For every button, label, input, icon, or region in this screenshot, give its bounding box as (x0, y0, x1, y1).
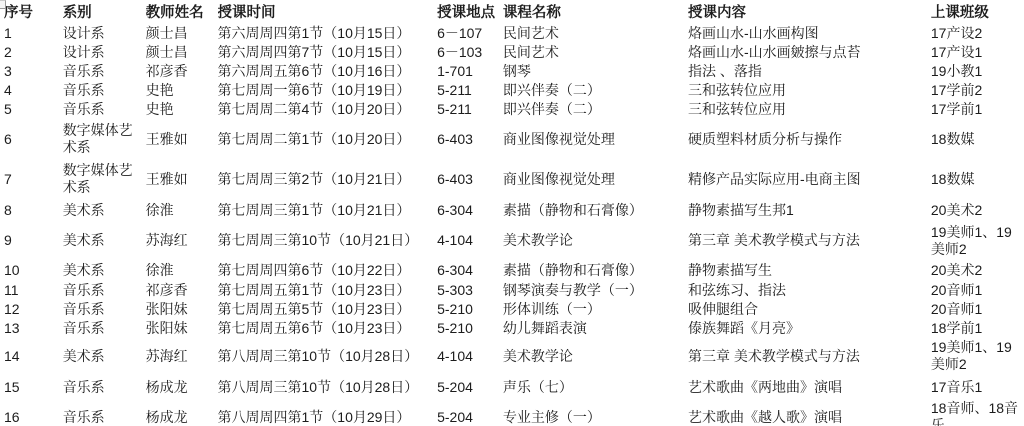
cell-content: 静物素描写生 (688, 259, 931, 281)
cell-seq: 6 (4, 119, 63, 159)
cell-teacher: 祁彦香 (146, 281, 218, 300)
cell-teacher: 苏海红 (146, 338, 218, 374)
cell-seq: 12 (4, 300, 63, 319)
cell-seq: 9 (4, 222, 63, 259)
table-row: 4音乐系史艳第七周周一第6节（10月19日）5-211即兴伴奏（二）三和弦转位应… (4, 81, 1022, 100)
cell-content: 第三章 美术教学模式与方法 (688, 222, 931, 259)
cell-teacher: 徐淮 (146, 199, 218, 222)
cell-teacher: 徐淮 (146, 259, 218, 281)
cell-seq: 2 (4, 43, 63, 62)
cell-dept: 音乐系 (63, 62, 146, 81)
cell-location: 4-104 (437, 338, 503, 374)
cell-class: 20美术2 (931, 259, 1022, 281)
cell-location: 5-210 (437, 300, 503, 319)
cell-class: 19美师1、19美师2 (931, 338, 1022, 374)
course-schedule-table: 序号 系别 教师姓名 授课时间 授课地点 课程名称 授课内容 上课班级 1设计系… (4, 0, 1022, 426)
cell-time: 第七周周二第4节（10月20日） (218, 100, 438, 119)
cell-content: 烙画山水-山水画构图 (688, 24, 931, 43)
cell-location: 6-304 (437, 259, 503, 281)
cell-time: 第七周周五第5节（10月23日） (218, 300, 438, 319)
cell-time: 第六周周四第7节（10月15日） (218, 43, 438, 62)
cell-seq: 3 (4, 62, 63, 81)
cell-dept: 音乐系 (63, 374, 146, 400)
cell-time: 第八周周三第10节（10月28日） (218, 338, 438, 374)
cell-teacher: 颜士昌 (146, 24, 218, 43)
cell-dept: 音乐系 (63, 319, 146, 338)
cell-course: 素描（静物和石膏像） (503, 259, 688, 281)
cell-time: 第七周周三第10节（10月21日） (218, 222, 438, 259)
cell-course: 声乐（七） (503, 374, 688, 400)
cell-class: 18学前1 (931, 319, 1022, 338)
cell-class: 17学前2 (931, 81, 1022, 100)
cell-course: 即兴伴奏（二） (503, 81, 688, 100)
col-header-class: 上课班级 (931, 0, 1022, 24)
table-row: 8美术系徐淮第七周周三第1节（10月21日）6-304素描（静物和石膏像）静物素… (4, 199, 1022, 222)
cell-content: 傣族舞蹈《月亮》 (688, 319, 931, 338)
cell-dept: 音乐系 (63, 81, 146, 100)
cell-content: 硬质塑料材质分析与操作 (688, 119, 931, 159)
cell-dept: 设计系 (63, 43, 146, 62)
cell-class: 20音师1 (931, 300, 1022, 319)
cell-class: 17产设1 (931, 43, 1022, 62)
cell-teacher: 王雅如 (146, 159, 218, 199)
header-row: 序号 系别 教师姓名 授课时间 授课地点 课程名称 授课内容 上课班级 (4, 0, 1022, 24)
cell-content: 静物素描写生邦1 (688, 199, 931, 222)
cell-teacher: 祁彦香 (146, 62, 218, 81)
table-row: 1设计系颜士昌第六周周四第1节（10月15日）6－107民间艺术烙画山水-山水画… (4, 24, 1022, 43)
cell-class: 17音乐1 (931, 374, 1022, 400)
cell-course: 专业主修（一） (503, 400, 688, 426)
cell-location: 6－107 (437, 24, 503, 43)
cell-class: 18数媒 (931, 119, 1022, 159)
table-row: 3音乐系祁彦香第六周周五第6节（10月16日）1-701钢琴指法 、落指19小教… (4, 62, 1022, 81)
cell-dept: 数字媒体艺术系 (63, 159, 146, 199)
cell-dept: 音乐系 (63, 400, 146, 426)
cell-location: 5-211 (437, 100, 503, 119)
cell-dept: 数字媒体艺术系 (63, 119, 146, 159)
cell-seq: 15 (4, 374, 63, 400)
cell-course: 形体训练（一） (503, 300, 688, 319)
table-row: 16音乐系杨成龙第八周周四第1节（10月29日）5-204专业主修（一）艺术歌曲… (4, 400, 1022, 426)
cell-content: 和弦练习、指法 (688, 281, 931, 300)
cell-time: 第八周周三第10节（10月28日） (218, 374, 438, 400)
cell-location: 6－103 (437, 43, 503, 62)
cell-location: 6-403 (437, 119, 503, 159)
col-header-time: 授课时间 (218, 0, 438, 24)
table-row: 10美术系徐淮第七周周四第6节（10月22日）6-304素描（静物和石膏像）静物… (4, 259, 1022, 281)
cell-content: 三和弦转位应用 (688, 81, 931, 100)
cell-course: 钢琴演奏与教学（一） (503, 281, 688, 300)
cell-class: 18数媒 (931, 159, 1022, 199)
cell-content: 烙画山水-山水画皴擦与点苔 (688, 43, 931, 62)
cell-content: 三和弦转位应用 (688, 100, 931, 119)
cell-teacher: 史艳 (146, 81, 218, 100)
cell-time: 第七周周二第1节（10月20日） (218, 119, 438, 159)
cell-seq: 10 (4, 259, 63, 281)
cell-class: 17学前1 (931, 100, 1022, 119)
cell-course: 美术教学论 (503, 222, 688, 259)
table-row: 2设计系颜士昌第六周周四第7节（10月15日）6－103民间艺术烙画山水-山水画… (4, 43, 1022, 62)
cell-content: 吸伸腿组合 (688, 300, 931, 319)
cell-seq: 1 (4, 24, 63, 43)
cell-class: 19美师1、19美师2 (931, 222, 1022, 259)
cell-dept: 美术系 (63, 222, 146, 259)
cell-course: 商业图像视觉处理 (503, 119, 688, 159)
table-row: 7数字媒体艺术系王雅如第七周周三第2节（10月21日）6-403商业图像视觉处理… (4, 159, 1022, 199)
cell-time: 第八周周四第1节（10月29日） (218, 400, 438, 426)
cell-location: 5-204 (437, 374, 503, 400)
cell-time: 第七周周三第2节（10月21日） (218, 159, 438, 199)
cell-class: 20美术2 (931, 199, 1022, 222)
cell-teacher: 颜士昌 (146, 43, 218, 62)
cell-course: 素描（静物和石膏像） (503, 199, 688, 222)
cell-content: 指法 、落指 (688, 62, 931, 81)
cell-time: 第七周周一第6节（10月19日） (218, 81, 438, 100)
cell-location: 1-701 (437, 62, 503, 81)
cell-teacher: 张阳妹 (146, 319, 218, 338)
cell-class: 20音师1 (931, 281, 1022, 300)
table-row: 14美术系苏海红第八周周三第10节（10月28日）4-104美术教学论第三章 美… (4, 338, 1022, 374)
cell-course: 美术教学论 (503, 338, 688, 374)
cell-class: 19小教1 (931, 62, 1022, 81)
cell-location: 5-210 (437, 319, 503, 338)
cell-course: 民间艺术 (503, 24, 688, 43)
col-header-location: 授课地点 (437, 0, 503, 24)
cell-teacher: 杨成龙 (146, 400, 218, 426)
table-row: 13音乐系张阳妹第七周周五第6节（10月23日）5-210幼儿舞蹈表演傣族舞蹈《… (4, 319, 1022, 338)
col-header-dept: 系别 (63, 0, 146, 24)
col-header-content: 授课内容 (688, 0, 931, 24)
table-row: 11音乐系祁彦香第七周周五第1节（10月23日）5-303钢琴演奏与教学（一）和… (4, 281, 1022, 300)
cell-seq: 4 (4, 81, 63, 100)
broken-image-icon (0, 0, 6, 9)
cell-seq: 7 (4, 159, 63, 199)
col-header-course: 课程名称 (503, 0, 688, 24)
cell-dept: 美术系 (63, 338, 146, 374)
cell-location: 5-204 (437, 400, 503, 426)
cell-location: 5-211 (437, 81, 503, 100)
cell-dept: 美术系 (63, 199, 146, 222)
cell-teacher: 杨成龙 (146, 374, 218, 400)
cell-dept: 音乐系 (63, 300, 146, 319)
cell-location: 4-104 (437, 222, 503, 259)
table-row: 9美术系苏海红第七周周三第10节（10月21日）4-104美术教学论第三章 美术… (4, 222, 1022, 259)
cell-seq: 8 (4, 199, 63, 222)
col-header-seq: 序号 (4, 0, 63, 24)
cell-teacher: 张阳妹 (146, 300, 218, 319)
table-row: 5音乐系史艳第七周周二第4节（10月20日）5-211即兴伴奏（二）三和弦转位应… (4, 100, 1022, 119)
cell-time: 第七周周三第1节（10月21日） (218, 199, 438, 222)
cell-dept: 设计系 (63, 24, 146, 43)
cell-course: 即兴伴奏（二） (503, 100, 688, 119)
cell-content: 精修产品实际应用-电商主图 (688, 159, 931, 199)
cell-seq: 14 (4, 338, 63, 374)
cell-time: 第七周周四第6节（10月22日） (218, 259, 438, 281)
col-header-teacher: 教师姓名 (146, 0, 218, 24)
cell-seq: 13 (4, 319, 63, 338)
table-row: 6数字媒体艺术系王雅如第七周周二第1节（10月20日）6-403商业图像视觉处理… (4, 119, 1022, 159)
cell-content: 艺术歌曲《两地曲》演唱 (688, 374, 931, 400)
cell-seq: 11 (4, 281, 63, 300)
cell-location: 6-304 (437, 199, 503, 222)
cell-content: 艺术歌曲《越人歌》演唱 (688, 400, 931, 426)
cell-teacher: 苏海红 (146, 222, 218, 259)
cell-teacher: 史艳 (146, 100, 218, 119)
cell-seq: 16 (4, 400, 63, 426)
cell-course: 钢琴 (503, 62, 688, 81)
cell-content: 第三章 美术教学模式与方法 (688, 338, 931, 374)
cell-time: 第六周周五第6节（10月16日） (218, 62, 438, 81)
cell-course: 商业图像视觉处理 (503, 159, 688, 199)
cell-course: 民间艺术 (503, 43, 688, 62)
cell-time: 第七周周五第6节（10月23日） (218, 319, 438, 338)
cell-course: 幼儿舞蹈表演 (503, 319, 688, 338)
cell-dept: 音乐系 (63, 281, 146, 300)
table-row: 12音乐系张阳妹第七周周五第5节（10月23日）5-210形体训练（一）吸伸腿组… (4, 300, 1022, 319)
cell-dept: 美术系 (63, 259, 146, 281)
cell-time: 第六周周四第1节（10月15日） (218, 24, 438, 43)
table-row: 15音乐系杨成龙第八周周三第10节（10月28日）5-204声乐（七）艺术歌曲《… (4, 374, 1022, 400)
cell-dept: 音乐系 (63, 100, 146, 119)
cell-location: 6-403 (437, 159, 503, 199)
cell-teacher: 王雅如 (146, 119, 218, 159)
cell-location: 5-303 (437, 281, 503, 300)
cell-class: 17产设2 (931, 24, 1022, 43)
cell-seq: 5 (4, 100, 63, 119)
cell-class: 18音师、18音乐 (931, 400, 1022, 426)
cell-time: 第七周周五第1节（10月23日） (218, 281, 438, 300)
